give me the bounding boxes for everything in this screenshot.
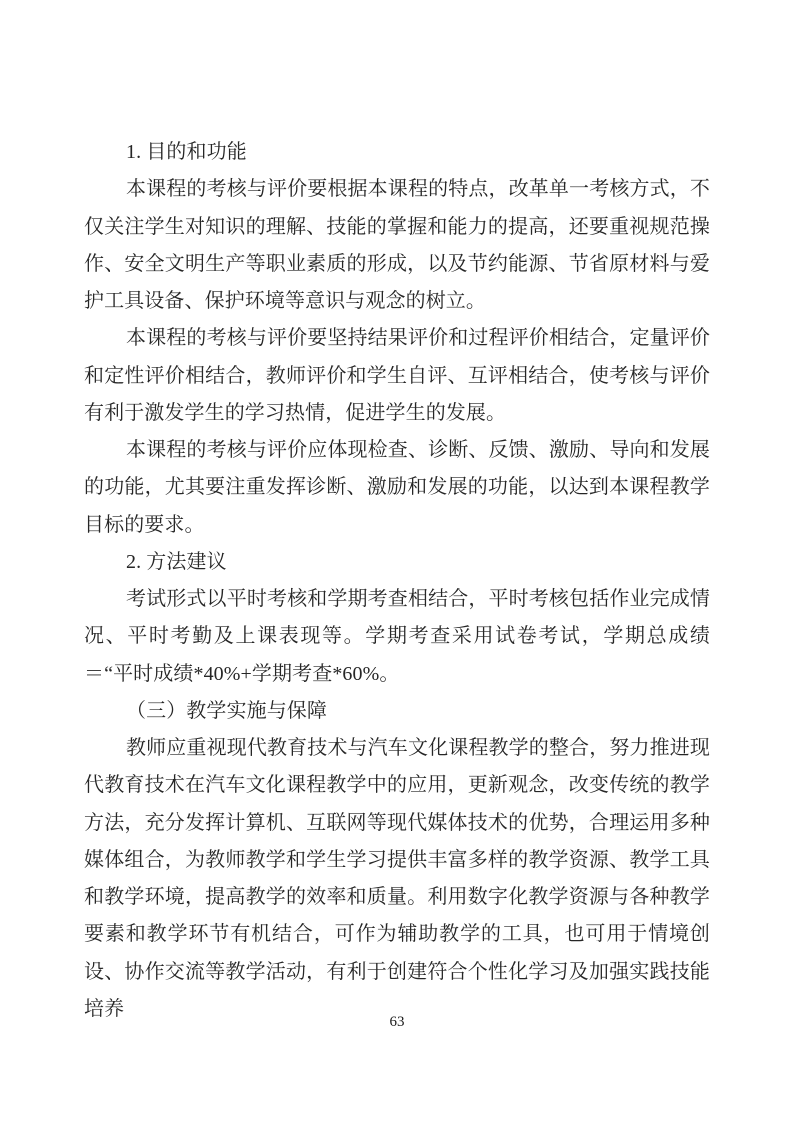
paragraph: 教师应重视现代教育技术与汽车文化课程教学的整合，努力推进现代教育技术在汽车文化课… [84,730,710,1028]
paragraph: 本课程的考核与评价要坚持结果评价和过程评价相结合，定量评价和定性评价相结合，教师… [84,320,710,432]
paragraph: 本课程的考核与评价要根据本课程的特点，改革单一考核方式，不仅关注学生对知识的理解… [84,171,710,320]
section-heading: 1. 目的和功能 [84,134,710,171]
section-heading: 2. 方法建议 [84,544,710,581]
document-content: 1. 目的和功能本课程的考核与评价要根据本课程的特点，改革单一考核方式，不仅关注… [84,134,710,1028]
section-heading: （三）教学实施与保障 [84,693,710,730]
paragraph: 本课程的考核与评价应体现检查、诊断、反馈、激励、导向和发展的功能，尤其要注重发挥… [84,432,710,544]
page-number: 63 [0,1013,794,1031]
paragraph: 考试形式以平时考核和学期考查相结合，平时考核包括作业完成情况、平时考勤及上课表现… [84,581,710,693]
document-page: { "page": { "paragraphs": [ {"type": "he… [0,0,794,1122]
